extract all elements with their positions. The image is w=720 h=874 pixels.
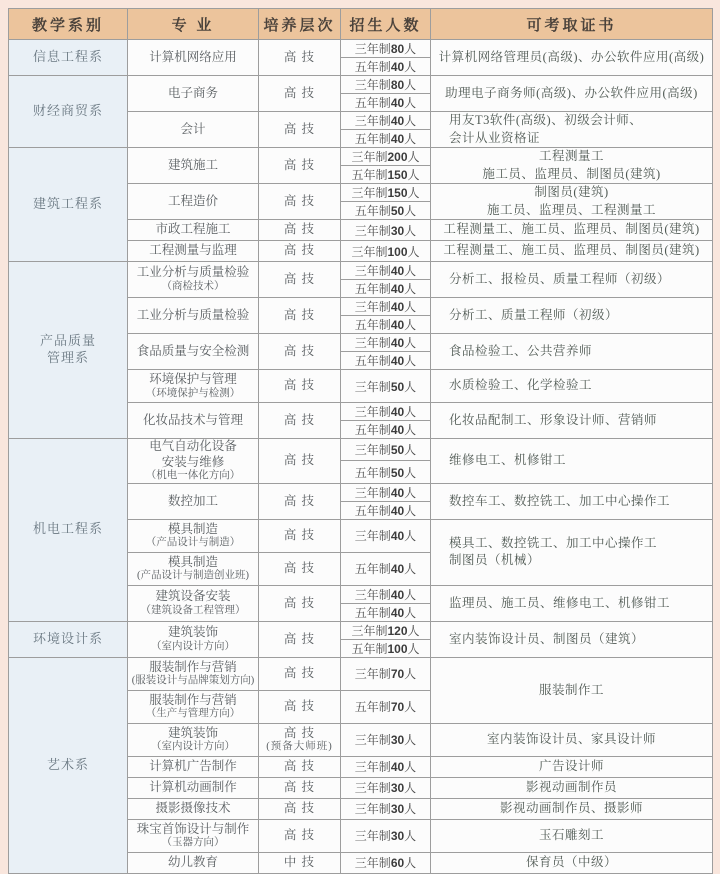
table-row: 机电工程系电气自动化设备安装与维修（机电一体化方向）高 技三年制50人维修电工、… — [9, 439, 713, 461]
training-level-cell: 高 技 — [259, 370, 341, 403]
certificates-cell: 用友T3软件(高级)、初级会计师、会计从业资格证 — [431, 112, 713, 148]
major-cell: 建筑装饰（室内设计方向） — [128, 723, 259, 756]
enrollment-cell: 五年制40人 — [341, 603, 431, 621]
enrollment-cell: 五年制100人 — [341, 639, 431, 657]
enrollment-cell: 三年制40人 — [341, 403, 431, 421]
department-cell: 财经商贸系 — [9, 76, 128, 148]
training-level-cell: 高 技(预备大师班) — [259, 723, 341, 756]
enrollment-cell: 三年制120人 — [341, 621, 431, 639]
certificates-cell: 食品检验工、公共营养师 — [431, 334, 713, 370]
enrollment-cell: 五年制40人 — [341, 421, 431, 439]
training-level-cell: 高 技 — [259, 148, 341, 184]
training-level-cell: 高 技 — [259, 262, 341, 298]
major-cell: 计算机网络应用 — [128, 40, 259, 76]
training-level-cell: 高 技 — [259, 777, 341, 798]
enrollment-cell: 五年制70人 — [341, 690, 431, 723]
enrollment-cell: 五年制40人 — [341, 316, 431, 334]
training-level-cell: 高 技 — [259, 657, 341, 690]
enrollment-cell: 五年制150人 — [341, 166, 431, 184]
training-level-cell: 高 技 — [259, 403, 341, 439]
table-row: 建筑工程系建筑施工高 技三年制200人工程测量工施工员、监理员、制图员(建筑) — [9, 148, 713, 166]
table-row: 环境设计系建筑装饰（室内设计方向）高 技三年制120人室内装饰设计员、制图员（建… — [9, 621, 713, 639]
major-cell: 珠宝首饰设计与制作（玉器方向） — [128, 819, 259, 836]
training-level-cell: 高 技 — [259, 439, 341, 484]
certificates-cell: 玉石雕刻工 — [431, 819, 713, 836]
certificates-cell: 影视动画制作员、摄影师 — [431, 798, 713, 819]
major-cell: 模具制造(产品设计与制造创业班) — [128, 552, 259, 585]
training-level-cell: 高 技 — [259, 220, 341, 241]
major-cell: 摄影摄像技术 — [128, 798, 259, 819]
department-cell: 艺术系 — [9, 657, 128, 836]
training-level-cell: 高 技 — [259, 184, 341, 220]
certificates-cell: 室内装饰设计员、家具设计师 — [431, 723, 713, 756]
enrollment-cell: 三年制100人 — [341, 241, 431, 262]
major-cell: 环境保护与管理（环境保护与检测） — [128, 370, 259, 403]
major-cell: 化妆品技术与管理 — [128, 403, 259, 439]
certificates-cell: 工程测量工、施工员、监理员、制图员(建筑) — [431, 220, 713, 241]
enrollment-cell: 三年制30人 — [341, 723, 431, 756]
enrollment-cell: 三年制40人 — [341, 585, 431, 603]
certificates-cell: 广告设计师 — [431, 756, 713, 777]
enrollment-cell: 五年制40人 — [341, 58, 431, 76]
training-level-cell: 高 技 — [259, 621, 341, 657]
enrollment-cell: 三年制30人 — [341, 798, 431, 819]
certificates-cell: 分析工、质量工程师（初级） — [431, 298, 713, 334]
certificates-cell: 计算机网络管理员(高级)、办公软件应用(高级) — [431, 40, 713, 76]
column-header: 招生人数 — [341, 9, 431, 40]
enrollment-cell: 三年制70人 — [341, 657, 431, 690]
column-header: 教学系别 — [9, 9, 128, 40]
enrollment-cell: 五年制50人 — [341, 202, 431, 220]
certificates-cell: 工程测量工施工员、监理员、制图员(建筑) — [431, 148, 713, 184]
department-cell: 机电工程系 — [9, 439, 128, 622]
major-cell: 建筑装饰（室内设计方向） — [128, 621, 259, 657]
enrollment-cell: 三年制80人 — [341, 76, 431, 94]
major-cell: 工业分析与质量检验 — [128, 298, 259, 334]
enrollment-cell: 五年制50人 — [341, 461, 431, 483]
training-level-cell: 高 技 — [259, 519, 341, 552]
certificates-cell: 服装制作工 — [431, 657, 713, 723]
certificates-cell: 监理员、施工员、维修电工、机修钳工 — [431, 585, 713, 621]
major-cell: 服装制作与营销(服装设计与品牌策划方向) — [128, 657, 259, 690]
major-cell: 模具制造（产品设计与制造） — [128, 519, 259, 552]
enrollment-cell: 五年制40人 — [341, 352, 431, 370]
enrollment-cell: 三年制200人 — [341, 148, 431, 166]
enrollment-cell: 三年制40人 — [341, 519, 431, 552]
major-cell: 电子商务 — [128, 76, 259, 112]
enrollment-cell: 三年制40人 — [341, 262, 431, 280]
major-cell: 服装制作与营销（生产与管理方向） — [128, 690, 259, 723]
column-header: 培养层次 — [259, 9, 341, 40]
certificates-cell: 数控车工、数控铣工、加工中心操作工 — [431, 483, 713, 519]
department-cell: 产品质量管理系 — [9, 262, 128, 439]
enrollment-cell: 三年制50人 — [341, 439, 431, 461]
training-level-cell: 高 技 — [259, 585, 341, 621]
training-level-cell: 高 技 — [259, 483, 341, 519]
enrollment-cell: 五年制40人 — [341, 94, 431, 112]
table-row: 信息工程系计算机网络应用高 技三年制80人计算机网络管理员(高级)、办公软件应用… — [9, 40, 713, 58]
major-cell: 市政工程施工 — [128, 220, 259, 241]
certificates-cell: 维修电工、机修钳工 — [431, 439, 713, 484]
major-cell: 计算机动画制作 — [128, 777, 259, 798]
training-level-cell: 高 技 — [259, 298, 341, 334]
certificates-cell: 分析工、报检员、质量工程师（初级） — [431, 262, 713, 298]
enrollment-cell: 三年制40人 — [341, 298, 431, 316]
enrollment-cell: 三年制40人 — [341, 756, 431, 777]
column-header: 专 业 — [128, 9, 259, 40]
enrollment-cell: 五年制40人 — [341, 280, 431, 298]
department-cell: 信息工程系 — [9, 40, 128, 76]
certificates-cell: 影视动画制作员 — [431, 777, 713, 798]
enrollment-cell: 五年制40人 — [341, 130, 431, 148]
table-body: 信息工程系计算机网络应用高 技三年制80人计算机网络管理员(高级)、办公软件应用… — [9, 40, 713, 837]
enrollment-cell: 三年制50人 — [341, 370, 431, 403]
department-cell: 环境设计系 — [9, 621, 128, 657]
enrollment-cell: 三年制150人 — [341, 184, 431, 202]
training-level-cell: 高 技 — [259, 334, 341, 370]
major-cell: 计算机广告制作 — [128, 756, 259, 777]
training-level-cell: 高 技 — [259, 112, 341, 148]
column-header: 可考取证书 — [431, 9, 713, 40]
enrollment-cell: 三年制40人 — [341, 112, 431, 130]
major-cell: 食品质量与安全检测 — [128, 334, 259, 370]
certificates-cell: 助理电子商务师(高级)、办公软件应用(高级) — [431, 76, 713, 112]
enrollment-table: 教学系别专 业培养层次招生人数可考取证书 信息工程系计算机网络应用高 技三年制8… — [8, 8, 713, 836]
enrollment-cell: 五年制40人 — [341, 501, 431, 519]
major-cell: 数控加工 — [128, 483, 259, 519]
major-cell: 工业分析与质量检验（商检技术） — [128, 262, 259, 298]
major-cell: 建筑设备安装（建筑设备工程管理） — [128, 585, 259, 621]
enrollment-cell: 三年制30人 — [341, 819, 431, 836]
major-cell: 会计 — [128, 112, 259, 148]
enrollment-cell: 三年制40人 — [341, 334, 431, 352]
major-cell: 工程测量与监理 — [128, 241, 259, 262]
header-row: 教学系别专 业培养层次招生人数可考取证书 — [9, 9, 713, 40]
certificates-cell: 模具工、数控铣工、加工中心操作工制图员（机械） — [431, 519, 713, 585]
training-level-cell: 高 技 — [259, 756, 341, 777]
table-row: 艺术系服装制作与营销(服装设计与品牌策划方向)高 技三年制70人服装制作工 — [9, 657, 713, 690]
department-cell: 建筑工程系 — [9, 148, 128, 262]
enrollment-cell: 三年制30人 — [341, 220, 431, 241]
certificates-cell: 室内装饰设计员、制图员（建筑） — [431, 621, 713, 657]
training-level-cell: 高 技 — [259, 552, 341, 585]
table-row: 产品质量管理系工业分析与质量检验（商检技术）高 技三年制40人分析工、报检员、质… — [9, 262, 713, 280]
training-level-cell: 高 技 — [259, 690, 341, 723]
certificates-cell: 水质检验工、化学检验工 — [431, 370, 713, 403]
enrollment-cell: 三年制40人 — [341, 483, 431, 501]
certificates-cell: 化妆品配制工、形象设计师、营销师 — [431, 403, 713, 439]
training-level-cell: 高 技 — [259, 798, 341, 819]
table-row: 财经商贸系电子商务高 技三年制80人助理电子商务师(高级)、办公软件应用(高级) — [9, 76, 713, 94]
training-level-cell: 高 技 — [259, 40, 341, 76]
table-header: 教学系别专 业培养层次招生人数可考取证书 — [9, 9, 713, 40]
enrollment-table-container: 教学系别专 业培养层次招生人数可考取证书 信息工程系计算机网络应用高 技三年制8… — [8, 8, 712, 836]
major-cell: 建筑施工 — [128, 148, 259, 184]
training-level-cell: 高 技 — [259, 76, 341, 112]
certificates-cell: 制图员(建筑)施工员、监理员、工程测量工 — [431, 184, 713, 220]
training-level-cell: 高 技 — [259, 241, 341, 262]
enrollment-cell: 三年制30人 — [341, 777, 431, 798]
major-cell: 工程造价 — [128, 184, 259, 220]
enrollment-cell: 五年制40人 — [341, 552, 431, 585]
certificates-cell: 工程测量工、施工员、监理员、制图员(建筑) — [431, 241, 713, 262]
training-level-cell: 高 技 — [259, 819, 341, 836]
major-cell: 电气自动化设备安装与维修（机电一体化方向） — [128, 439, 259, 484]
enrollment-cell: 三年制80人 — [341, 40, 431, 58]
